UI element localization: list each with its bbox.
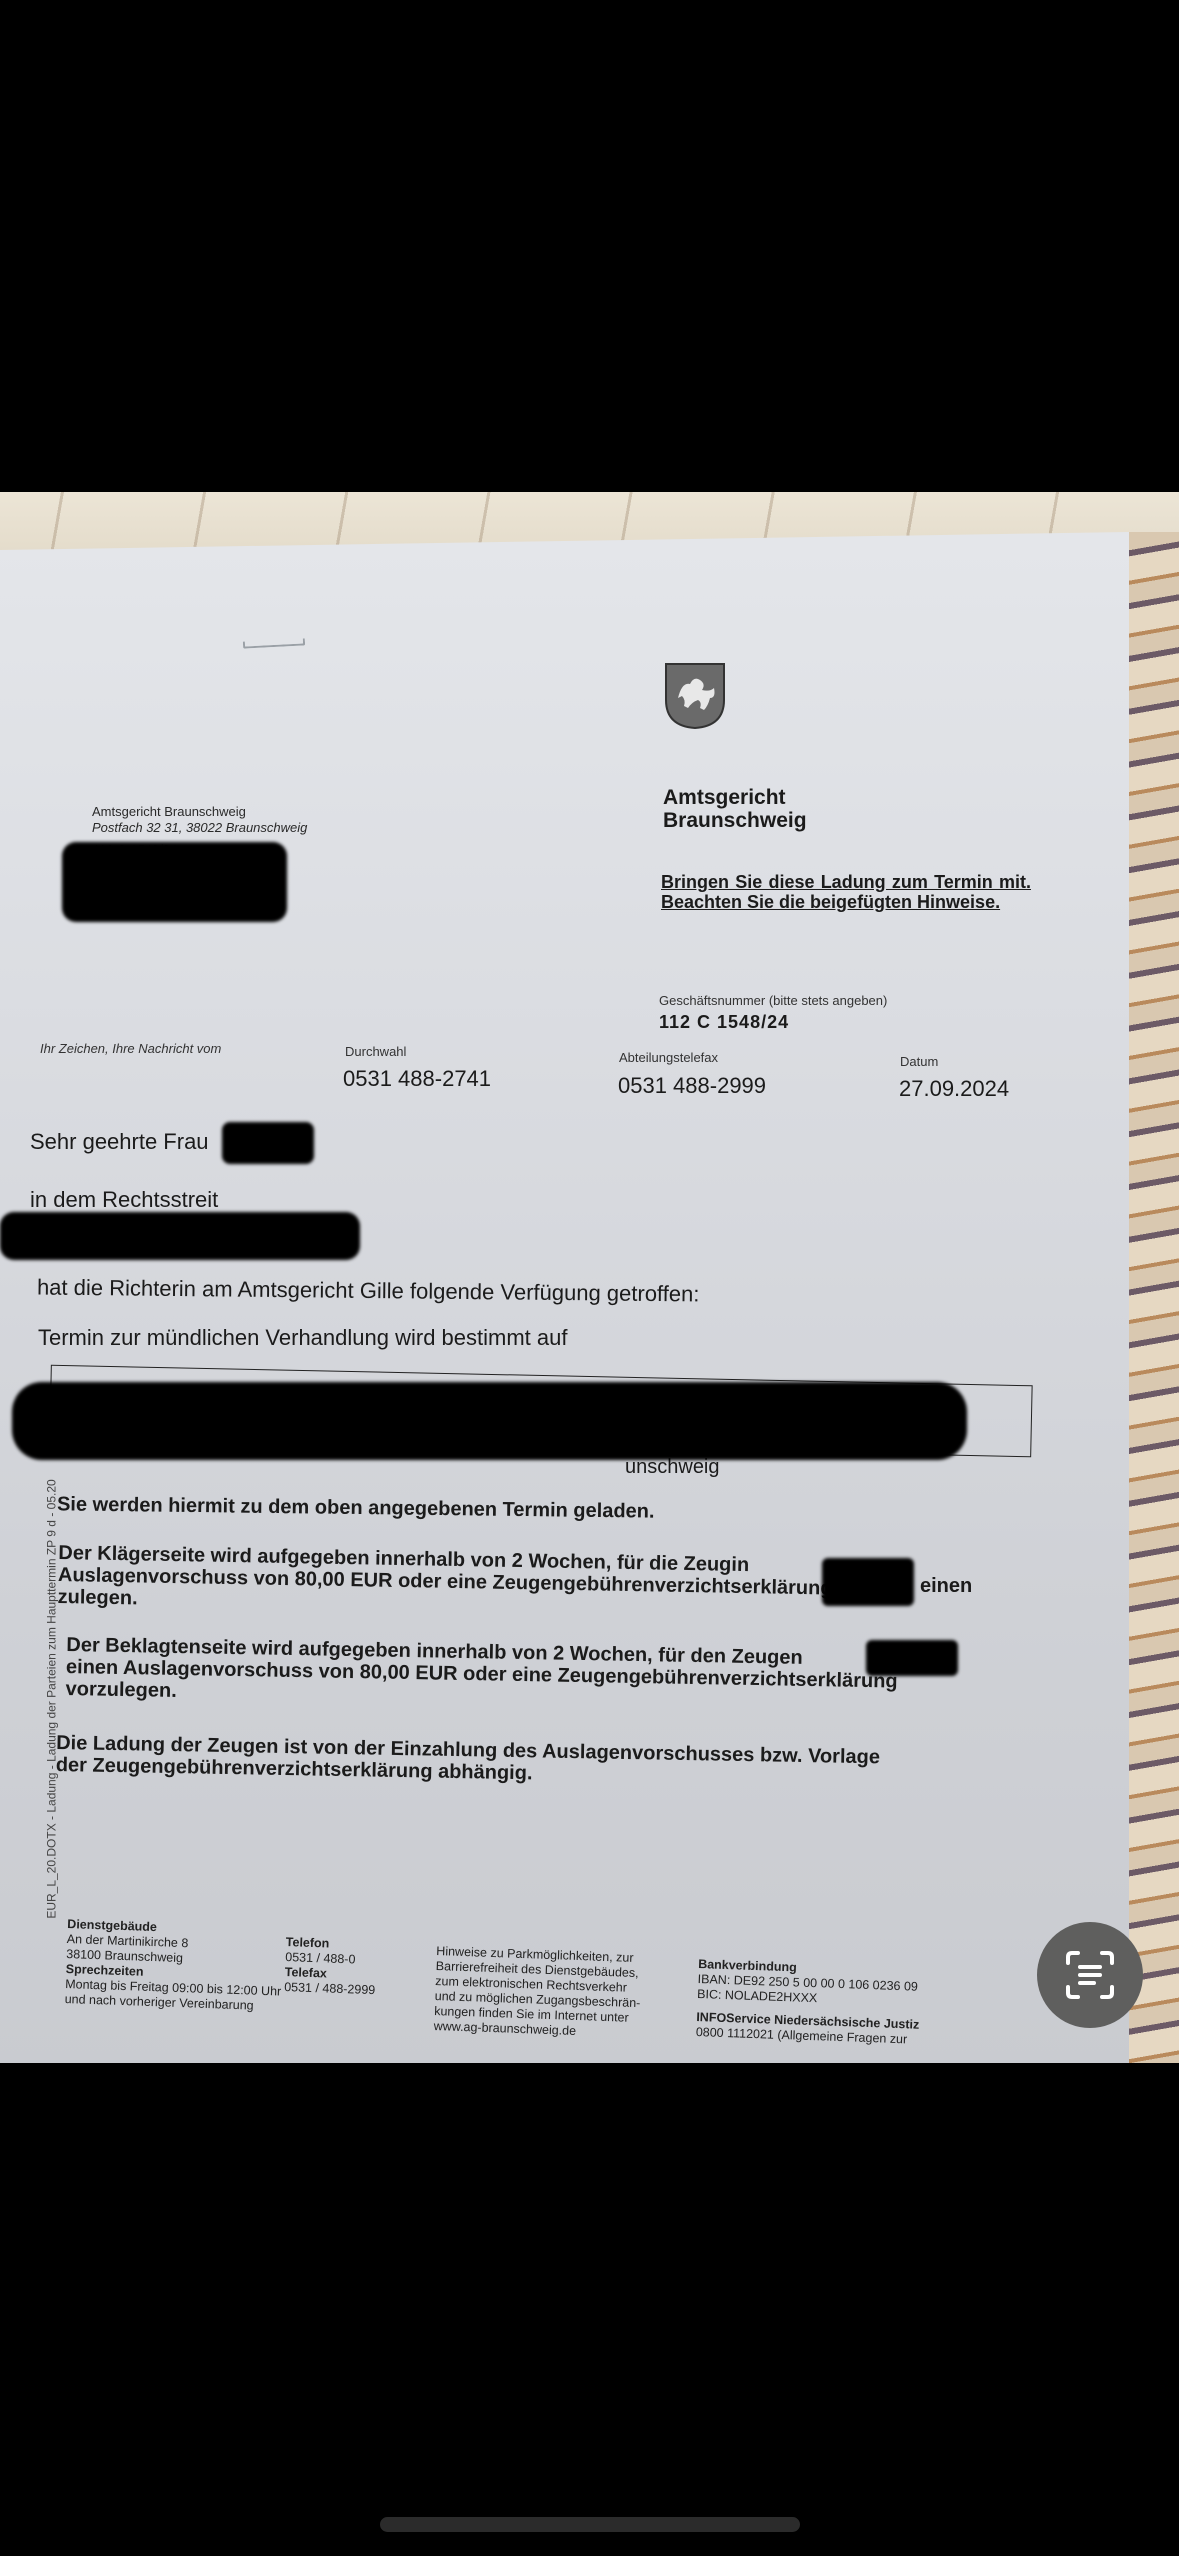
order-intro: hat die Richterin am Amtsgericht Gille f… — [37, 1275, 700, 1308]
court-name-line-2: Braunschweig — [663, 809, 807, 832]
tablecloth-edge — [1129, 532, 1179, 2063]
bic: BIC: NOLADE2HXXX — [697, 1987, 818, 2005]
phone-label: Telefon — [286, 1935, 330, 1951]
date-label: Datum — [900, 1054, 938, 1069]
defendant-paragraph: Der Beklagtenseite wird aufgegeben inner… — [65, 1634, 898, 1715]
case-number: 112 C 1548/24 — [659, 1012, 789, 1033]
plaintiff-einen: einen — [920, 1575, 972, 1597]
redaction-hearing-details — [12, 1382, 967, 1460]
hours-label: Sprechzeiten — [66, 1962, 144, 1979]
court-name-line-1: Amtsgericht — [663, 786, 807, 809]
staple — [243, 638, 305, 648]
redaction-name — [222, 1122, 314, 1164]
hearing-intro: Termin zur mündlichen Verhandlung wird b… — [38, 1325, 567, 1351]
direct-dial-label: Durchwahl — [345, 1044, 406, 1059]
summons-text: Sie werden hiermit zu dem oben angegeben… — [57, 1493, 655, 1522]
live-text-scan-icon — [1062, 1947, 1118, 2003]
fax-label: Telefax — [285, 1965, 328, 1980]
direct-dial-value: 0531 488-2741 — [343, 1066, 491, 1092]
salutation: Sehr geehrte Frau — [30, 1129, 209, 1155]
date-value: 27.09.2024 — [899, 1076, 1009, 1102]
department-fax-label: Abteilungstelefax — [619, 1050, 718, 1065]
dependency-paragraph: Die Ladung der Zeugen ist von der Einzah… — [56, 1732, 881, 1790]
fax-value: 0531 / 488-2999 — [284, 1980, 375, 1997]
footer-phone: Telefon 0531 / 488-0 Telefax 0531 / 488-… — [284, 1935, 377, 1998]
redaction-witness-2 — [866, 1640, 958, 1676]
footer-building: Dienstgebäude An der Martinikirche 8 381… — [64, 1917, 283, 2014]
photo-viewer-image: Amtsgericht Braunschweig Postfach 32 31,… — [0, 492, 1179, 2063]
sender-line-1: Amtsgericht Braunschweig — [92, 804, 307, 820]
footer-hints: Hinweise zu Parkmöglichkeiten, zur Barri… — [433, 1944, 642, 2041]
your-reference-label: Ihr Zeichen, Ihre Nachricht vom — [40, 1041, 221, 1056]
department-fax-value: 0531 488-2999 — [618, 1073, 766, 1099]
bring-summons-notice: Bringen Sie diese Ladung zum Termin mit.… — [661, 872, 1031, 912]
in-dispute-text: in dem Rechtsstreit — [30, 1187, 218, 1213]
case-number-label: Geschäftsnummer (bitte stets angeben) — [659, 993, 887, 1008]
coat-of-arms-icon — [664, 662, 726, 730]
redaction-parties — [0, 1212, 360, 1260]
live-text-button[interactable] — [1037, 1922, 1143, 2028]
redaction-recipient — [62, 842, 287, 922]
home-indicator[interactable] — [380, 2517, 800, 2532]
sender-line-2: Postfach 32 31, 38022 Braunschweig — [92, 820, 307, 836]
phone-value: 0531 / 488-0 — [285, 1950, 356, 1966]
footer-bank: Bankverbindung IBAN: DE92 250 5 00 00 0 … — [696, 1957, 922, 2048]
court-name: Amtsgericht Braunschweig — [663, 786, 807, 832]
plaintiff-paragraph: Der Klägerseite wird aufgegeben innerhal… — [57, 1542, 876, 1622]
form-code-vertical: EUR_L_20.DOTX - Ladung - Ladung der Part… — [45, 1479, 59, 1918]
redaction-witness-1 — [822, 1558, 914, 1606]
court-letter: Amtsgericht Braunschweig Postfach 32 31,… — [0, 532, 1130, 2063]
